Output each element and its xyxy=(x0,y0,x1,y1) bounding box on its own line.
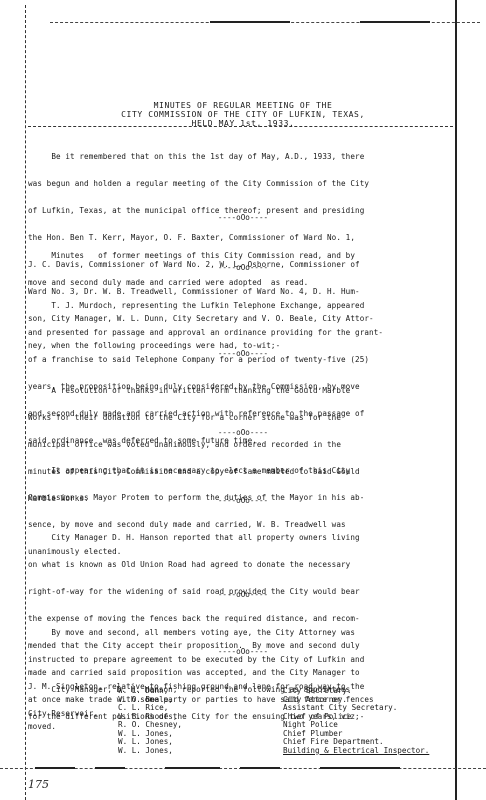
text-line: Minutes of former meetings of this City … xyxy=(28,251,453,260)
text-line: Works for their donation to the City for… xyxy=(28,413,453,422)
text-line: By move and second, all members voting a… xyxy=(28,628,453,637)
document-title: MINUTES OF REGULAR MEETING OF THE CITY C… xyxy=(0,101,486,128)
page-number: 175 xyxy=(28,778,49,791)
text-line: It appearing that it is necessary to ele… xyxy=(28,466,453,475)
appointee-row: W. L. Jones, Building & Electrical Inspe… xyxy=(28,747,453,756)
appointee-row: R. O. Chesney, Night Police xyxy=(28,721,453,730)
section-separator: ----oOo---- xyxy=(0,349,486,358)
appointee-row: U. B. Rhodes, Chief of Police xyxy=(28,713,453,722)
text-line: was begun and holden a regular meeting o… xyxy=(28,179,453,188)
section-separator: ----oOo---- xyxy=(0,263,486,272)
text-line: Be it remembered that on this the 1st da… xyxy=(28,152,453,161)
appointee-row: C. L. Rice, Assistant City Secretary. xyxy=(28,704,453,713)
section-separator: ----oOo---- xyxy=(0,213,486,222)
section-separator: ----oOo---- xyxy=(0,647,486,656)
section-separator: ----oOo---- xyxy=(0,590,486,599)
text-line: instructed to prepare agreement to be ex… xyxy=(28,655,453,664)
text-line: City Manager D. H. Hanson reported that … xyxy=(28,533,453,542)
text-line: on what is known as Old Union Road had a… xyxy=(28,560,453,569)
appointee-row: W. L. Jones, Chief Plumber xyxy=(28,730,453,739)
appointee-row: W. L. Dunn, City Secretary. xyxy=(28,687,453,696)
appointee-name: W. L. Jones, xyxy=(28,747,268,756)
section-separator: ----oOo---- xyxy=(0,428,486,437)
text-line: A resolution of thanks in written form t… xyxy=(28,386,453,395)
bottom-border-line xyxy=(0,768,486,770)
document-page: MINUTES OF REGULAR MEETING OF THE CITY C… xyxy=(0,0,486,800)
title-line-2: CITY COMMISSION OF THE CITY OF LUFKIN, T… xyxy=(0,110,486,119)
appointee-position: Building & Electrical Inspector. xyxy=(268,747,429,756)
section-separator: ----oOo---- xyxy=(0,496,486,505)
appointees-list: W. L. Dunn, City Secretary. V. O. Beale,… xyxy=(28,687,453,755)
top-border-line xyxy=(50,22,480,24)
title-line-1: MINUTES OF REGULAR MEETING OF THE xyxy=(0,101,486,110)
text-line: and presented for passage and approval a… xyxy=(28,328,453,337)
title-rule xyxy=(28,126,453,127)
text-line: T. J. Murdoch, representing the Lufkin T… xyxy=(28,301,453,310)
